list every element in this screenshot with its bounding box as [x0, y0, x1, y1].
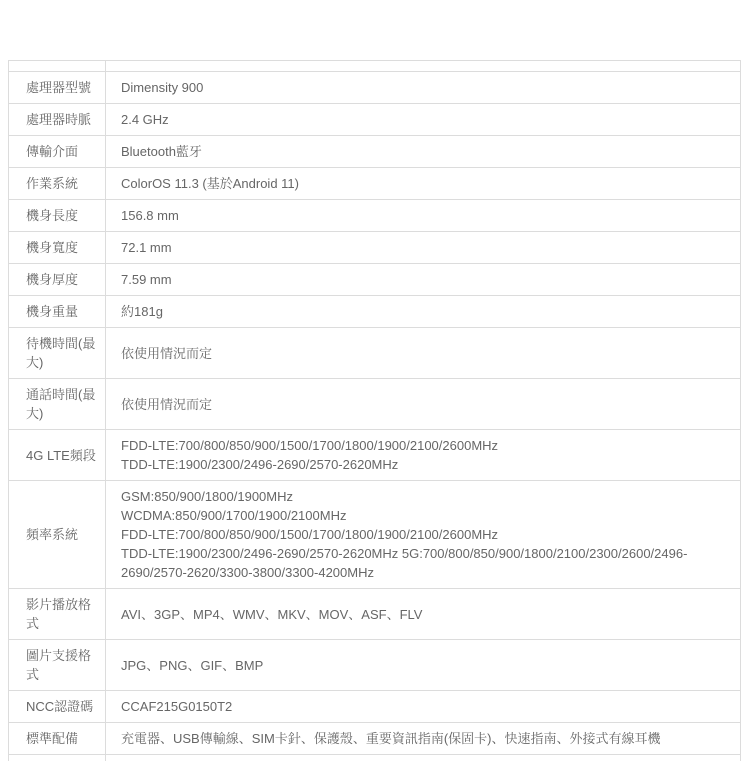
cutoff-cell	[9, 61, 106, 72]
spec-row: 傳輸介面Bluetooth藍牙	[9, 136, 741, 168]
spec-label: 作業系統	[9, 168, 106, 200]
spec-value: 7.59 mm	[106, 264, 741, 296]
spec-value: 充電器、USB傳輸線、SIM卡針、保護殼、重要資訊指南(保固卡)、快速指南、外接…	[106, 723, 741, 751]
spec-value: 156.8 mm	[106, 200, 741, 232]
spec-row: 機身重量約181g	[9, 296, 741, 328]
spec-row: 機身寬度72.1 mm	[9, 232, 741, 264]
product-spec-table: 處理器型號Dimensity 900處理器時脈2.4 GHz傳輸介面Blueto…	[8, 60, 741, 750]
spec-row: 處理器時脈2.4 GHz	[9, 104, 741, 136]
spec-row: 標準配備充電器、USB傳輸線、SIM卡針、保護殼、重要資訊指南(保固卡)、快速指…	[9, 723, 741, 751]
spec-value-line: FDD-LTE:700/800/850/900/1500/1700/1800/1…	[121, 436, 730, 455]
spec-value-line: TDD-LTE:1900/2300/2496-2690/2570-2620MHz	[121, 455, 730, 474]
spec-label: 機身厚度	[9, 264, 106, 296]
spec-value: GSM:850/900/1800/1900MHzWCDMA:850/900/17…	[106, 481, 741, 589]
spec-value: 依使用情況而定	[106, 328, 741, 379]
spec-label: 處理器時脈	[9, 104, 106, 136]
spec-label: 機身重量	[9, 296, 106, 328]
spec-value-line: GSM:850/900/1800/1900MHz	[121, 487, 730, 506]
spec-row: 圖片支援格式JPG、PNG、GIF、BMP	[9, 640, 741, 691]
cutoff-cell	[106, 61, 741, 72]
spec-table: 處理器型號Dimensity 900處理器時脈2.4 GHz傳輸介面Blueto…	[8, 60, 740, 750]
spec-label: 待機時間(最大)	[9, 328, 106, 379]
spec-label: 處理器型號	[9, 72, 106, 104]
spec-label: 傳輸介面	[9, 136, 106, 168]
spec-value: AVI、3GP、MP4、WMV、MKV、MOV、ASF、FLV	[106, 589, 741, 640]
spec-value: Bluetooth藍牙	[106, 136, 741, 168]
spec-row: 處理器型號Dimensity 900	[9, 72, 741, 104]
spec-value: 72.1 mm	[106, 232, 741, 264]
spec-label: 機身寬度	[9, 232, 106, 264]
spec-row: 通話時間(最大)依使用情況而定	[9, 379, 741, 430]
spec-value-line: FDD-LTE:700/800/850/900/1500/1700/1800/1…	[121, 525, 730, 544]
spec-value-line: WCDMA:850/900/1700/1900/2100MHz	[121, 506, 730, 525]
spec-row: 作業系統ColorOS 11.3 (基於Android 11)	[9, 168, 741, 200]
spec-label: 影片播放格式	[9, 589, 106, 640]
spec-row: 4G LTE頻段FDD-LTE:700/800/850/900/1500/170…	[9, 430, 741, 481]
spec-value: 依使用情況而定	[106, 379, 741, 430]
spec-value-line: TDD-LTE:1900/2300/2496-2690/2570-2620MHz…	[121, 544, 730, 582]
spec-value: JPG、PNG、GIF、BMP	[106, 640, 741, 691]
spec-value: Dimensity 900	[106, 72, 741, 104]
spec-row: 機身厚度7.59 mm	[9, 264, 741, 296]
spec-row: 待機時間(最大)依使用情況而定	[9, 328, 741, 379]
spec-row: 機身長度156.8 mm	[9, 200, 741, 232]
spec-label: 頻率系統	[9, 481, 106, 589]
spec-label: 圖片支援格式	[9, 640, 106, 691]
spec-row: 頻率系統GSM:850/900/1800/1900MHzWCDMA:850/90…	[9, 481, 741, 589]
spec-table-sliver-top	[9, 61, 741, 72]
spec-label: 通話時間(最大)	[9, 379, 106, 430]
spec-row: 影片播放格式AVI、3GP、MP4、WMV、MKV、MOV、ASF、FLV	[9, 589, 741, 640]
cutoff-row-top	[9, 61, 741, 72]
spec-value: 約181g	[106, 296, 741, 328]
spec-value: FDD-LTE:700/800/850/900/1500/1700/1800/1…	[106, 430, 741, 481]
spec-value: 2.4 GHz	[106, 104, 741, 136]
spec-label: 4G LTE頻段	[9, 430, 106, 481]
spec-value: ColorOS 11.3 (基於Android 11)	[106, 168, 741, 200]
spec-row: NCC認證碼CCAF215G0150T2	[9, 691, 741, 723]
spec-value: CCAF215G0150T2	[106, 691, 741, 723]
spec-label: 機身長度	[9, 200, 106, 232]
spec-label: 標準配備	[9, 723, 106, 751]
spec-label: NCC認證碼	[9, 691, 106, 723]
spec-table-body: 處理器型號Dimensity 900處理器時脈2.4 GHz傳輸介面Blueto…	[9, 72, 741, 751]
